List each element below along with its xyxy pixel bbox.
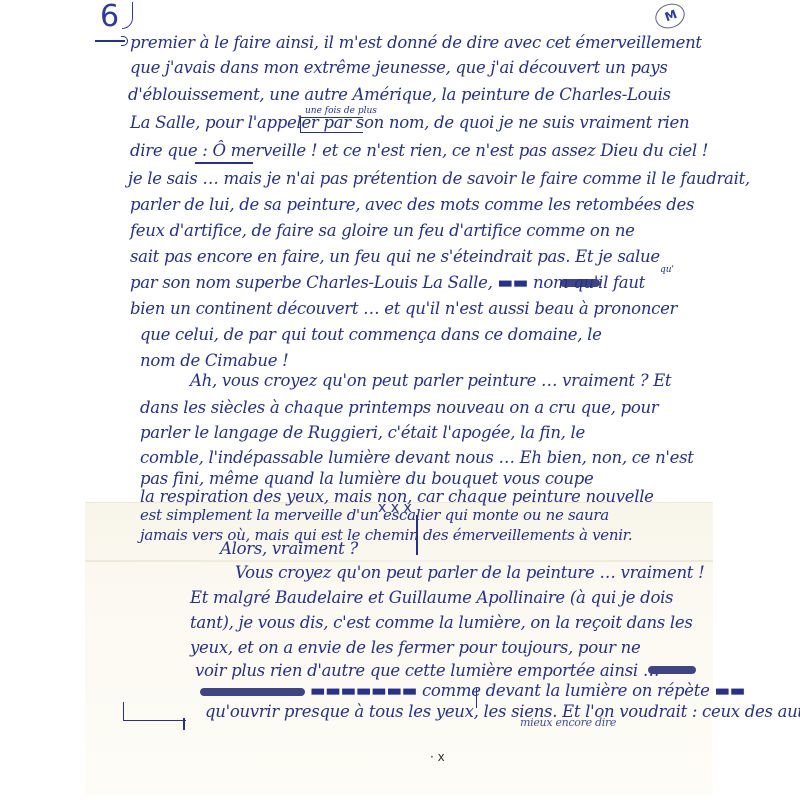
pasted-line: Et malgré Baudelaire et Guillaume Apolli… (190, 587, 673, 609)
manuscript-line: que j'avais dans mon extrême jeunesse, q… (130, 57, 668, 79)
manuscript-line: dans les siècles à chaque printemps nouv… (140, 397, 658, 419)
continuation-arrow-icon (95, 40, 125, 42)
underline-o-merveille (195, 162, 253, 164)
margin-note-bracket (123, 702, 186, 721)
manuscript-line: Ah, vous croyez qu'on peut parler peintu… (190, 370, 671, 392)
manuscript-line: jamais vers où, mais qui est le chemin d… (140, 524, 632, 546)
manuscript-line: nom de Cimabue ! (140, 350, 288, 372)
pasted-line: voir plus rien d'autre que cette lumière… (195, 660, 659, 682)
manuscript-line: que celui, de par qui tout commença dans… (140, 324, 602, 346)
pasted-line: tant), je vous dis, c'est comme la lumiè… (190, 612, 693, 634)
manuscript-line: sait pas encore en faire, un feu qui ne … (130, 246, 660, 268)
pasted-line: ▬▬▬▬▬▬▬ comme devant la lumière on répèt… (310, 680, 745, 702)
pasted-line: Vous croyez qu'on peut parler de la pein… (235, 562, 704, 584)
manuscript-line: parler le langage de Ruggieri, c'était l… (140, 422, 585, 444)
crossed-out-phrase (200, 688, 305, 696)
stamp-label: M (663, 8, 677, 25)
pasted-line: yeux, et on a envie de les fermer pour t… (190, 637, 640, 659)
stray-marks: · x (430, 750, 445, 764)
insertion-above: qu' (660, 265, 674, 275)
manuscript-line: d'éblouissement, une autre Amérique, la … (128, 84, 671, 106)
manuscript-line: bien un continent découvert … et qu'il n… (130, 298, 677, 320)
manuscript-line: par son nom superbe Charles-Louis La Sal… (130, 272, 645, 294)
crossed-out-word (648, 666, 696, 674)
manuscript-line: dire que : Ô merveille ! et ce n'est rie… (130, 140, 708, 162)
pasted-line: Alors, vraiment ? (220, 538, 358, 560)
manuscript-line: La Salle, pour l'appeler par son nom, de… (130, 112, 689, 134)
insertion-mark-icon: x x x (378, 500, 412, 516)
margin-note-connector (183, 718, 185, 730)
page-number: 6 (100, 0, 119, 34)
manuscript-line: comble, l'indépassable lumière devant no… (140, 447, 694, 469)
pencil-note-connector (476, 688, 477, 708)
pencil-note: mieux encore dire (520, 712, 616, 734)
manuscript-line: je le sais … mais je n'ai pas prétention… (128, 168, 750, 190)
manuscript-line: feux d'artifice, de faire sa gloire un f… (130, 220, 635, 242)
insertion-connector-line (416, 515, 418, 555)
pasted-line: qu'ouvrir presque à tous les yeux, les s… (205, 701, 800, 723)
manuscript-line: est simplement la merveille d'un escalie… (140, 504, 609, 526)
manuscript-line: premier à le faire ainsi, il m'est donné… (130, 32, 702, 54)
manuscript-line: parler de lui, de sa peinture, avec des … (130, 194, 694, 216)
